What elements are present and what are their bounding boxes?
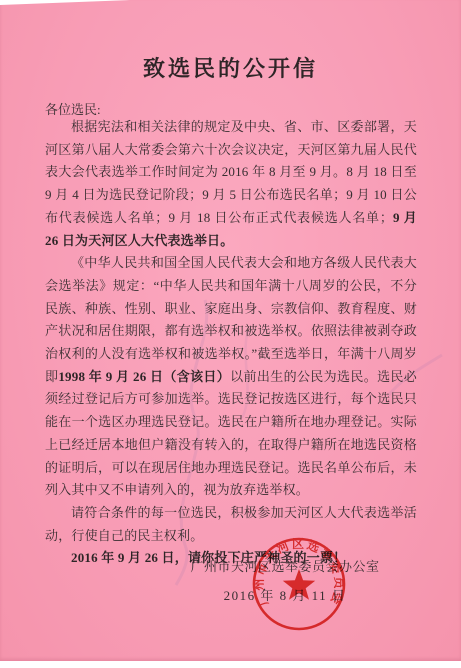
emphasized-text: 1998 年 9 月 26 日（含该日）	[58, 369, 230, 384]
seal-star-icon	[283, 569, 315, 600]
official-seal: 广州市天河区选举委员会	[239, 524, 359, 644]
letter-paragraph: 请符合条件的每一位选民，积极参加天河区人大代表选举活动，行使自己的民主权利。	[45, 502, 417, 547]
letter-body: 根据宪法和相关法律的规定及中央、省、市、区委部署，天河区第八届人大常委会第六十次…	[45, 116, 417, 570]
letter-title: 致选民的公开信	[0, 52, 461, 83]
body-text: 《中华人民共和国全国人民代表大会和地方各级人民代表大会选举法》规定：“中华人民共…	[45, 255, 417, 384]
scanned-letter-page: 致选民的公开信 各位选民: 根据宪法和相关法律的规定及中央、省、市、区委部署，天…	[0, 0, 461, 668]
letter-paragraph: 《中华人民共和国全国人民代表大会和地方各级人民代表大会选举法》规定：“中华人民共…	[45, 252, 417, 502]
body-text: 根据宪法和相关法律的规定及中央、省、市、区委部署，天河区第八届人大常委会第六十次…	[45, 119, 417, 225]
body-text: 请符合条件的每一位选民，积极参加天河区人大代表选举活动，行使自己的民主权利。	[45, 505, 417, 543]
letter-paragraph: 根据宪法和相关法律的规定及中央、省、市、区委部署，天河区第八届人大常委会第六十次…	[45, 116, 417, 252]
body-text: 以前出生的公民为选民。选民必须经过登记后方可参加选举。选民登记按选区进行，每个选…	[45, 369, 417, 498]
